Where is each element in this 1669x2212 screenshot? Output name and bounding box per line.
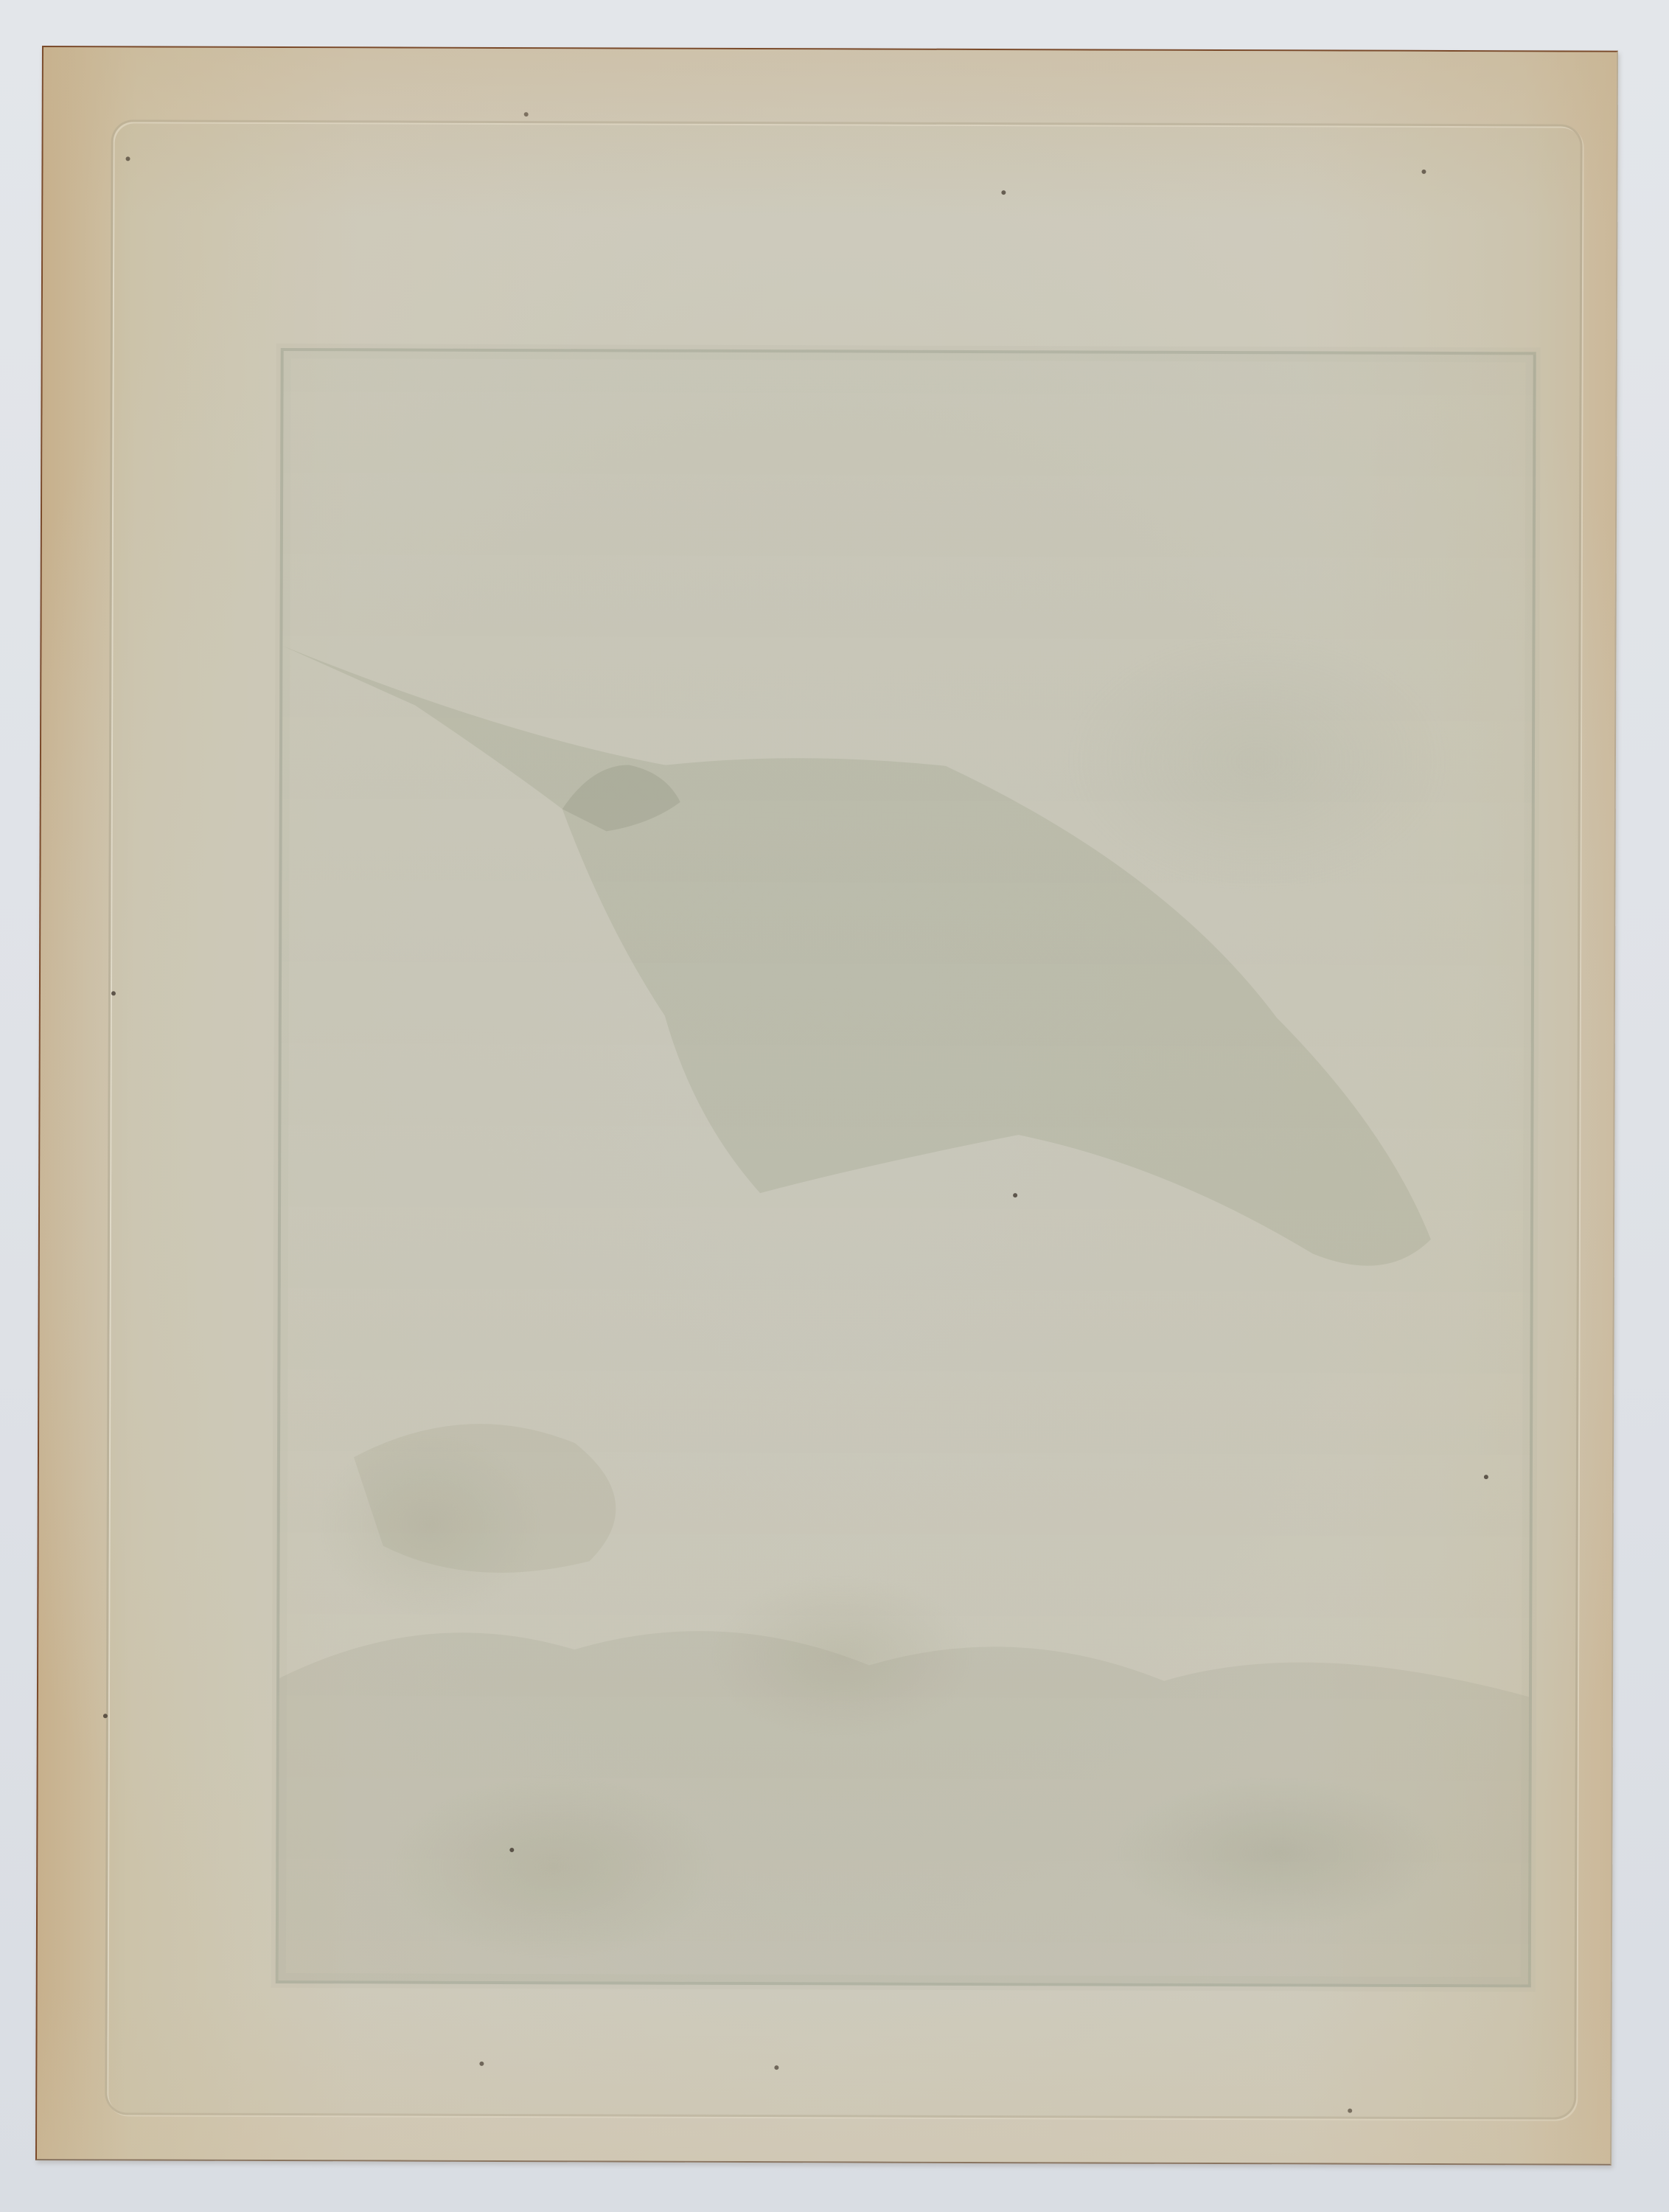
foxing-speck [524,112,529,116]
foxing-speck [126,156,130,161]
foxing-speck [103,1714,108,1718]
foxing-speck [1484,1475,1488,1479]
foxing-speck [1013,1193,1017,1197]
bird-silhouette-icon [279,351,1533,1984]
foxing-speck [1001,190,1006,195]
paper-sheet [35,46,1618,2166]
foxing-speck [509,1848,514,1852]
foxing-speck [1348,2109,1352,2113]
image-border-show-through [276,348,1536,1987]
foxing-speck [111,991,116,995]
plate-mark [105,119,1582,2119]
foxing-speck [1421,170,1426,174]
bird-show-through [279,351,1533,1984]
foxing-speck [479,2062,484,2066]
foxing-speck [774,2065,778,2070]
